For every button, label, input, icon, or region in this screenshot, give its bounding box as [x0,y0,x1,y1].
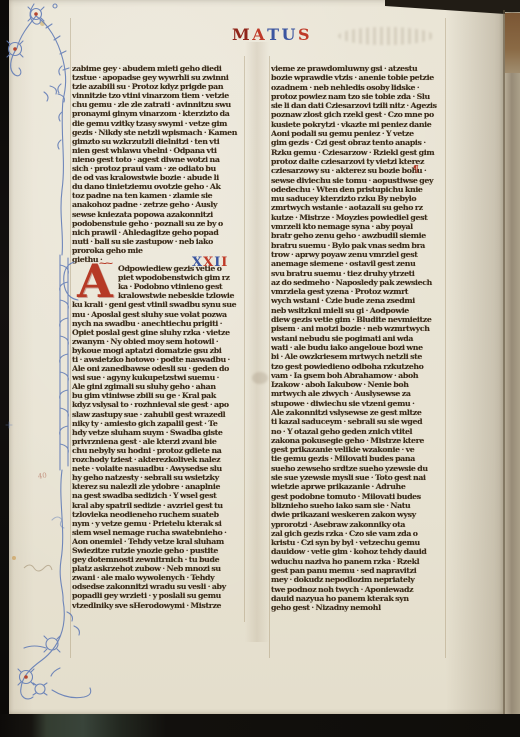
text-line: zwanym · Ny obied moy sem hotowil · [72,337,243,346]
stain-speck [40,21,45,26]
running-title-letter: M [232,26,252,44]
text-line: protoz daite cziesarzovi ty vietzi ktere… [271,157,446,166]
text-line: wych wstani · Czie bude zena zsedmi [271,296,446,305]
text-line: gim gezis · Czi gest obraz tento anapis … [271,138,446,147]
text-line: nich prawil · Ahledagitze geho popad [72,228,243,237]
text-line: poznaw zlost gich rzekl gest · Czo mne p… [271,110,446,119]
text-line: wsi sue · agyny kukupetzstwi suemu · [72,373,243,382]
text-column-left: zabime gey · abudem mieti geho dieditzst… [72,64,243,610]
column-left-top: zabime gey · abudem mieti geho dieditzst… [72,64,243,264]
text-line: az do sedmeho · Naposledy pak zewsiech [271,278,446,287]
text-line: pisem · ani motzi bozie · neb wzmrtwych [271,324,446,333]
text-line: pronaymi ginym vinarzom · kterzizto da [72,109,243,118]
text-line: siem wsel nemage rucha swatebnieho · [72,528,243,537]
text-line: dauidow · vetie gim · kohoz tehdy dauid [271,547,446,556]
running-title-letter: S [298,26,312,44]
text-line: ozadnem · neb nehledis osoby lidske · [271,83,446,92]
chapter-number-letter: I [221,255,228,270]
text-line: kutze · Mistrze · Moyzies powiediel gest [271,213,446,222]
text-line: odsedse zakonnitzi wradu su vesli · aby [72,582,243,591]
text-line: kterez su nalezli zle ydobre · anaplnie [72,482,243,491]
text-line: zakona pokusegie geho · Mistrze ktere [271,436,446,445]
text-line: hy geho natzesty · sebrali su wsietzky [72,473,243,482]
text-line: nieno gest toto · agest diwne wotzi na [72,155,243,164]
gutter-crease [245,42,269,642]
text-line: bu gim vtiniwse zbili su ge · Kral pak [72,391,243,400]
text-line: geho gest · Nizadny nemohl [271,603,446,612]
text-line: cziesarzowy su · akterez su bozie bohu · [271,166,446,175]
text-line: bykoue mogi aptatzi domatzie gsu zbi [72,346,243,355]
text-line: sie sue yzewsie mysli sue · Toto gest na… [271,473,446,482]
text-line: Izakow · aboh Iakubow · Nenie boh [271,380,446,389]
illuminated-initial: A [74,263,116,301]
chapter-number-letter: X [192,255,203,270]
text-line: wstani nebudu sie pogimati ani wda [271,334,446,343]
ruling-line [269,56,270,658]
text-line: ti kazal saduceym · sebrali su sie wged [271,417,446,426]
text-line: bratr geho zenu geho · awzbudil siemie [271,231,446,240]
text-line: podobenstuie geho · poznali su ze by o [72,219,243,228]
text-line: sewse kniezata popowa azakonnitzi [72,210,243,219]
text-line: bliznieho sueho iako sam sie · Natu [271,501,446,510]
text-line: gey dotemnosti zewnitrnich · tu bude [72,555,243,564]
text-line: tzstue · apopadse gey wywrhli su zwinni [72,73,243,82]
text-line: kristu · Czi syn by byl · vetzechu gemu [271,538,446,547]
column-left-body: ku krali · geni gest vtinil swadbu synu … [72,300,243,609]
text-line: na gest swadba sedizich · Y wsel gest [72,491,243,500]
text-line: bozie wprawdie vtzis · anenie tobie petz… [271,73,446,82]
ruling-line [70,18,71,658]
text-line: zabime gey · abudem mieti geho diedi [72,64,243,73]
text-line: tzo gest powiedieno odboha rzkutzeho [271,362,446,371]
text-line: wietzie aprwe prikazanie · Adruhe [271,482,446,491]
running-title-letter: A [252,26,267,44]
text-line: mey · dokudz nepodlozim nepriately [271,575,446,584]
text-line: gest prikazanie velikie wzakonie · ve [271,445,446,454]
text-line: sich · protoz praui vam · ze odiato bu [72,164,243,173]
text-line: sewse diviechu sie tomu · aopustiwse gey [271,176,446,185]
text-line: kral aby spatril sedizie · avzriel gest … [72,501,243,510]
text-line: Ale zakonnitzi vslysewse ze gest mltze [271,408,446,417]
text-line: Ale oni zanedbawse odesli su · geden do [72,364,243,373]
smudge [252,372,268,384]
text-line: Ale gini zgimali su sluhy geho · ahan [72,382,243,391]
text-line: dwie prikazani weskeren zakon wysy [271,510,446,519]
text-line: nym · y vetze gemu · Prietelu kterak si [72,519,243,528]
text-line: svu bratru suemu · tiez druhy ytrzeti [271,269,446,278]
text-line: rozchody tziest · akterezkolivek nalez [72,455,243,464]
text-line: zwani · ale malo wywolenych · Tehdy [72,573,243,582]
scan-background-bottom [0,714,520,737]
text-line: neb wsitzkni mieli su gi · Aodpowie [271,306,446,315]
text-line: wati · ale budu iako angeloue bozi wne [271,343,446,352]
ink-bleed-ghost [338,27,434,45]
text-line: mu · Aposlal gest sluhy sue volat pozwa [72,310,243,319]
text-line: gimzto su wzkrzutzli dielnitzi · ten vti [72,137,243,146]
text-line: vieme ze prawdomluwny gsi · atzestu [271,64,446,73]
text-line: chu nebyly su hodni · protoz gdiete na [72,446,243,455]
text-line: sie li dan dati Cziesarzovi tzili nitz ·… [271,101,446,110]
text-line: nych na swadbu · anechtiechu prigiti · [72,319,243,328]
book-fore-edge [505,12,520,737]
text-line: vtzedlniky sve sHerodowymi · Mistrze [72,601,243,610]
text-line: dauid nazyua ho panem kterak syn [271,594,446,603]
text-line: toz padne na ten kamen · zlamie sie [72,191,243,200]
text-line: vam · Ia gsem boh Abrahamow · aboh [271,371,446,380]
text-line: wduchu naziva ho panem rzka · Rzekl [271,557,446,566]
text-line: bi · Ale owzkriesem mrtwych netzli ste [271,352,446,361]
text-line: Rzku gemu · Cziesarzow · Rziekl gest gim [271,148,446,157]
text-line: niky ty · amiesto gich zapalil gest · Te [72,419,243,428]
adjacent-page-edge [505,13,520,73]
text-line: de od vas kralowstwie bozie · abude li [72,173,243,182]
text-line: bratru suemu · Bylo pak vnas sedm bra [271,241,446,250]
running-title-letter: U [282,26,298,44]
line-filler-mark: ⁓⁓ [99,259,111,267]
text-line: tzlovieka neodieneho ruchem suateb [72,510,243,519]
text-line: gezis · Nikdy ste netzli wpismach · Kame… [72,128,243,137]
text-line: Opiet poslal gest gine sluhy rzka · viet… [72,328,243,337]
text-line: nien gest whlawu vhelni · Odpana vti [72,146,243,155]
text-line: Swiezitze rutzie ynozie geho · pustite [72,546,243,555]
margin-note: 40 [38,472,48,480]
text-line: hdy vetze sluham suym · Swadba giste [72,428,243,437]
text-line: gest pan panu memu · sed napravitzi [271,566,446,575]
text-line: slaw zastupy sue · zahubil gest wrazedl [72,410,243,419]
text-line: anakohoz padne · zetrze geho · Ausly [72,200,243,209]
text-line: mrtwych ale ziwych · Auslysewse za [271,389,446,398]
manuscript-scan: MATUS zabime gey · abudem mieti geho die… [0,0,520,737]
text-line: Aoni podali su gemu peniez · Y vetze [271,129,446,138]
chapter-number: XXII [192,256,228,270]
text-line: stupowe · diwiechu sie vtzeni gemu · [271,399,446,408]
text-line: ti · awsietzko hotowo · podte naswadbu · [72,355,243,364]
text-line: nete · volaite nasuadbu · Awysedse slu [72,464,243,473]
text-line: gest podobne tomuto · Milovati budes [271,492,446,501]
text-line: twe podnoz noh twych · Aponiewadz [271,585,446,594]
text-line: protoz powiez nam tzo sie tobie zda · Sl… [271,92,446,101]
text-line: tie gemu gezis · Milovati budes pana [271,454,446,463]
text-line: die gemu vzitky tzasy swymi · vetze gim [72,119,243,128]
text-line: kdyz vslysal to · rozhnieval sie gest · … [72,400,243,409]
running-title: MATUS [232,26,312,44]
text-column-right: vieme ze prawdomluwny gsi · atzestubozie… [271,64,446,613]
text-line: sueho zewseho srdtze sueho yzewsie du [271,464,446,473]
text-line: anemage siemene · ostavil gest zenu [271,259,446,268]
text-line: diew gezis vetie gim · Bludite nevmieitz… [271,315,446,324]
text-line: no · Y otazal geho geden znich vtitel [271,427,446,436]
stain-speck [12,556,16,560]
text-line: odedechu · Wten den pristupichu knie [271,185,446,194]
text-line: vmrzeli kto nemage syna · aby poyal [271,222,446,231]
text-line: popadli gey wrzieti · y poslali su gemu [72,591,243,600]
text-line: yprorotzi · Asebraw zakonniky ota [271,520,446,529]
text-line: tzie azabili su · Protoz kdyz prigde pan [72,82,243,91]
paragraph-mark: ¶ [413,166,419,175]
text-line: nuti · bali su sie zastupow · neb iako [72,237,243,246]
text-line: mu saducey kterzizto rzku By nebylo [271,194,446,203]
text-line: privrzniena gest · ale kterzi zvani bie [72,437,243,446]
text-line: vinnitzie tzo vtini vinarzom tiem · vetz… [72,91,243,100]
text-line: zal gich gezis rzka · Czo sie vam zda o [271,529,446,538]
text-line: Aon onemiel · Tehdy vetze kral sluham [72,537,243,546]
running-title-letter: T [267,26,281,44]
text-line: chu gemu · zle zle zatrati · avinnitzu s… [72,100,243,109]
text-line: trow · aprwy poyaw zenu vmrziel gest [271,250,446,259]
text-line: kusiete pokrytzi · vkazte mi peniez dani… [271,120,446,129]
chapter-number-letter: X [203,255,214,270]
text-line: du dano tinietziemu ovotzie geho · Ak [72,182,243,191]
text-line: platz askrzehot zubow · Neb mnozi su [72,564,243,573]
text-line: vmrziela gest yzena · Protoz wzmrt [271,287,446,296]
page-edge-line [503,10,505,716]
text-line: zmrtwych wstanie · aotazali su geho rz [271,203,446,212]
